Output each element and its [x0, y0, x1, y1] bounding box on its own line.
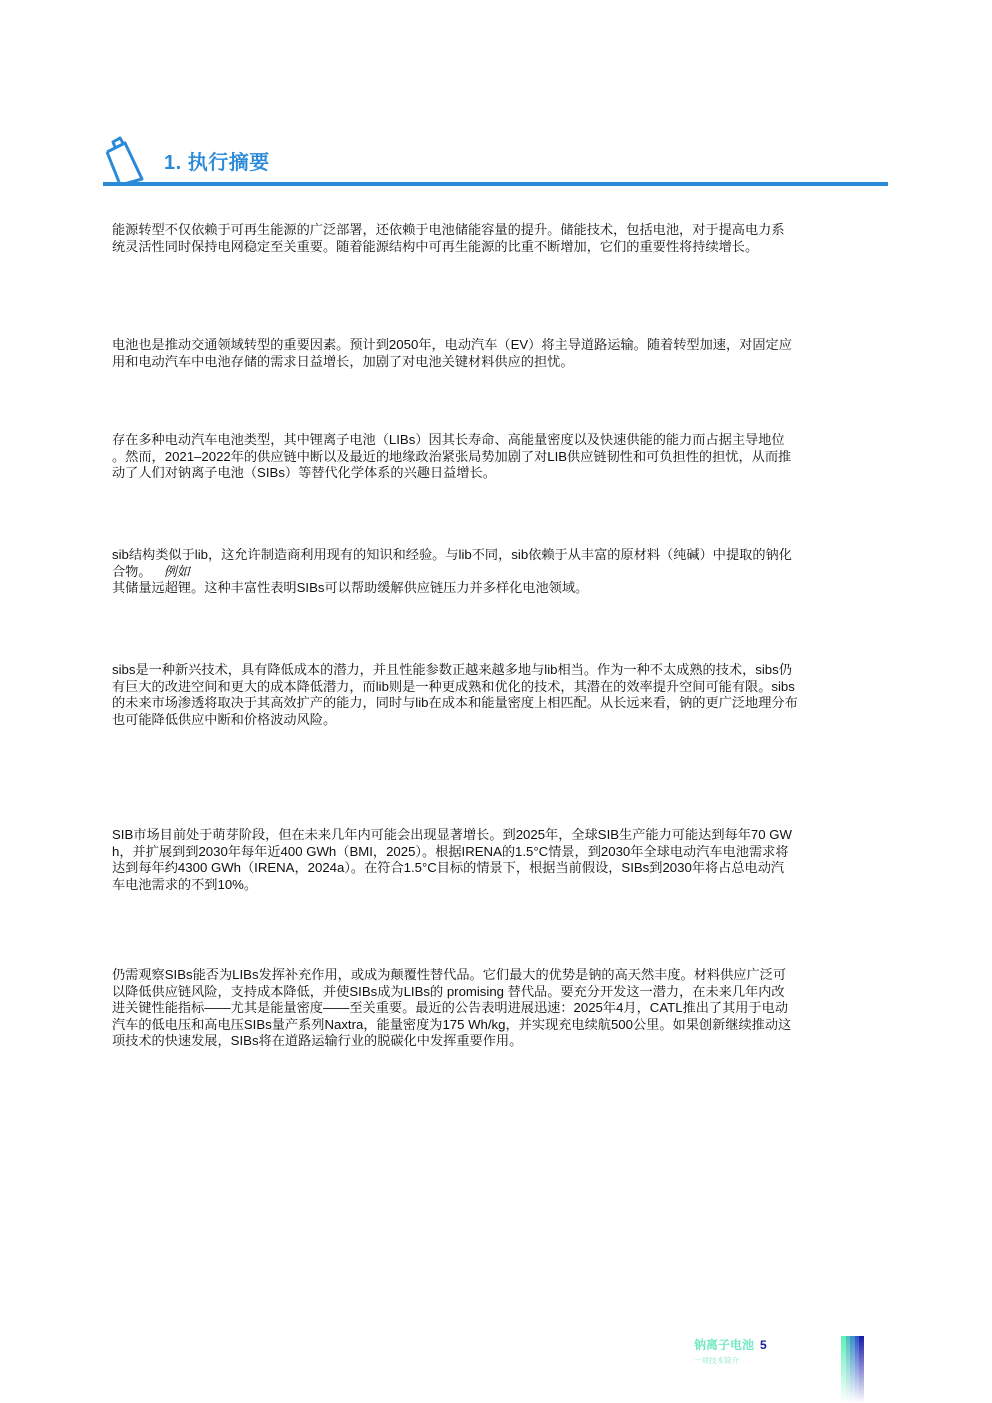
- paragraph-1: 能源转型不仅依赖于可再生能源的广泛部署，还依赖于电池储能容量的提升。储能技术，包…: [112, 222, 892, 255]
- paragraph-6: SIB市场目前处于萌芽阶段，但在未来几年内可能会出现显著增长。到2025年，全球…: [112, 827, 892, 893]
- text-line: 电池也是推动交通领域转型的重要因素。预计到2050年，电动汽车（EV）将主导道路…: [112, 337, 892, 354]
- text-line: 有巨大的改进空间和更大的成本降低潜力，而lib则是一种更成熟和优化的技术，其潜在…: [112, 679, 892, 696]
- footer-subtitle: 一项技术简介: [694, 1355, 767, 1366]
- header-divider: [103, 182, 888, 186]
- footer-brand: 钠离子电池: [694, 1338, 754, 1352]
- paragraph-2: 电池也是推动交通领域转型的重要因素。预计到2050年，电动汽车（EV）将主导道路…: [112, 337, 892, 370]
- paragraph-7: 仍需观察SIBs能否为LIBs发挥补充作用，或成为颠覆性替代品。它们最大的优势是…: [112, 967, 892, 1050]
- footer-color-stripes: [841, 1336, 864, 1403]
- text-line: 以降低供应链风险，支持成本降低，并使SIBs成为LIBs的 promising …: [112, 984, 892, 1001]
- text-line: sib结构类似于lib，这允许制造商利用现有的知识和经验。与lib不同，sib依…: [112, 547, 892, 564]
- text-line: 。然而，2021–2022年的供应链中断以及最近的地缘政治紧张局势加剧了对LIB…: [112, 449, 892, 466]
- text-line: 进关键性能指标——尤其是能量密度——至关重要。最近的公告表明进展迅速：2025年…: [112, 1000, 892, 1017]
- text-line: 也可能降低供应中断和价格波动风险。: [112, 712, 892, 729]
- text-span: 合物。: [112, 564, 152, 579]
- text-line: 其储量远超锂。这种丰富性表明SIBs可以帮助缓解供应链压力并多样化电池领域。: [112, 580, 892, 597]
- text-line: 能源转型不仅依赖于可再生能源的广泛部署，还依赖于电池储能容量的提升。储能技术，包…: [112, 222, 892, 239]
- stripe: [859, 1336, 864, 1403]
- text-line: 统灵活性同时保持电网稳定至关重要。随着能源结构中可再生能源的比重不断增加，它们的…: [112, 239, 892, 256]
- text-line: 存在多种电动汽车电池类型，其中锂离子电池（LIBs）因其长寿命、高能量密度以及快…: [112, 432, 892, 449]
- page-footer: 钠离子电池5 一项技术简介: [694, 1336, 767, 1366]
- section-header: 1. 执行摘要: [103, 132, 888, 188]
- paragraph-4: sib结构类似于lib，这允许制造商利用现有的知识和经验。与lib不同，sib依…: [112, 547, 892, 597]
- text-line: 的未来市场渗透将取决于其高效扩产的能力，同时与lib在成本和能量密度上相匹配。从…: [112, 695, 892, 712]
- text-line: 合物。例如: [112, 564, 892, 581]
- text-line: 项技术的快速发展，SIBs将在道路运输行业的脱碳化中发挥重要作用。: [112, 1033, 892, 1050]
- text-line: 达到每年约4300 GWh（IRENA，2024a）。在符合1.5°C目标的情景…: [112, 860, 892, 877]
- paragraph-5: sibs是一种新兴技术，具有降低成本的潜力，并且性能参数正越来越多地与lib相当…: [112, 662, 892, 728]
- paragraph-3: 存在多种电动汽车电池类型，其中锂离子电池（LIBs）因其长寿命、高能量密度以及快…: [112, 432, 892, 482]
- text-line: 仍需观察SIBs能否为LIBs发挥补充作用，或成为颠覆性替代品。它们最大的优势是…: [112, 967, 892, 984]
- battery-icon: [103, 132, 151, 184]
- page-number: 5: [760, 1338, 767, 1352]
- section-title: 1. 执行摘要: [164, 146, 270, 175]
- text-line: SIB市场目前处于萌芽阶段，但在未来几年内可能会出现显著增长。到2025年，全球…: [112, 827, 892, 844]
- italic-note: 例如: [164, 564, 190, 579]
- text-line: sibs是一种新兴技术，具有降低成本的潜力，并且性能参数正越来越多地与lib相当…: [112, 662, 892, 679]
- text-line: 动了人们对钠离子电池（SIBs）等替代化学体系的兴趣日益增长。: [112, 465, 892, 482]
- text-line: 车电池需求的不到10%。: [112, 877, 892, 894]
- text-line: 汽车的低电压和高电压SIBs量产系列Naxtra，能量密度为175 Wh/kg，…: [112, 1017, 892, 1034]
- text-line: h，并扩展到到2030年每年近400 GWh（BMI，2025）。根据IRENA…: [112, 844, 892, 861]
- text-line: 用和电动汽车中电池存储的需求日益增长，加剧了对电池关键材料供应的担忧。: [112, 354, 892, 371]
